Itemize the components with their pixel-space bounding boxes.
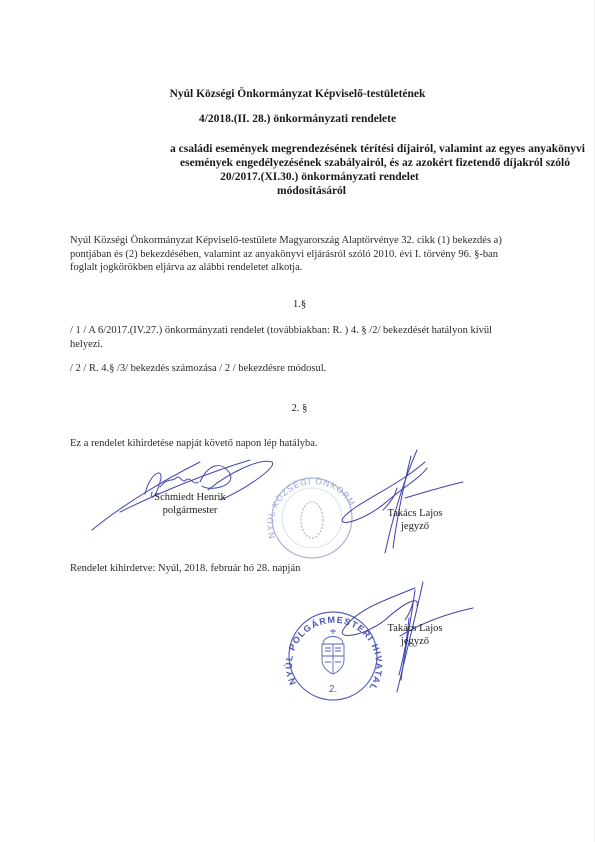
section-1-heading: 1.§ xyxy=(2,299,595,310)
paragraph-line: / 2 / R. 4.§ /3/ bekezdés számozása / 2 … xyxy=(70,362,570,376)
mayor-signature-block: Schmiedt Henrik polgármester xyxy=(120,491,260,517)
subject-line: események engedélyezésének szabályairól,… xyxy=(105,156,570,170)
promulgation-statement: Rendelet kihirdetve: Nyúl, 2018. február… xyxy=(70,562,470,576)
paragraph-line: helyezi. xyxy=(70,338,570,352)
signatory-name: Takács Lajos xyxy=(370,622,460,635)
signatory-title: jegyző xyxy=(370,520,460,533)
section-2-paragraph-1: Ez a rendelet kihirdetése napját követő … xyxy=(70,437,570,451)
section-1-paragraph-2: / 2 / R. 4.§ /3/ bekezdés számozása / 2 … xyxy=(70,362,570,376)
preamble-line: Nyúl Községi Önkormányzat Képviselő-test… xyxy=(70,234,570,248)
preamble-line: foglalt jogkörökben eljárva az alábbi re… xyxy=(70,261,570,275)
svg-text:2.: 2. xyxy=(329,684,337,695)
issuer-heading: Nyúl Községi Önkormányzat Képviselő-test… xyxy=(0,88,595,100)
decree-number: 4/2018.(II. 28.) önkormányzati rendelete xyxy=(0,113,595,125)
preamble: Nyúl Községi Önkormányzat Képviselő-test… xyxy=(70,234,570,275)
preamble-line: pontjában és (2) bekezdésében, valamint … xyxy=(70,248,570,262)
section-2-heading: 2. § xyxy=(2,403,595,414)
subject-line: 20/2017.(XI.30.) önkormányzati rendelet xyxy=(22,170,595,184)
paragraph-line: Ez a rendelet kihirdetése napját követő … xyxy=(70,437,570,451)
promulgation-signature-block: Takács Lajos jegyző xyxy=(370,622,460,648)
section-1-paragraph-1: / 1 / A 6/2017.(IV.27.) önkormányzati re… xyxy=(70,324,570,351)
subject-line: módosításáról xyxy=(14,184,595,198)
notary-signature-block: Takács Lajos jegyző xyxy=(370,507,460,533)
signatory-title: jegyző xyxy=(370,635,460,648)
notary-signature-icon xyxy=(335,448,465,558)
signatory-name: Takács Lajos xyxy=(370,507,460,520)
paragraph-line: / 1 / A 6/2017.(IV.27.) önkormányzati re… xyxy=(70,324,570,338)
signatory-title: polgármester xyxy=(120,504,260,517)
subject-line: a családi események megrendezésének térí… xyxy=(105,142,585,156)
signatory-name: Schmiedt Henrik xyxy=(120,491,260,504)
